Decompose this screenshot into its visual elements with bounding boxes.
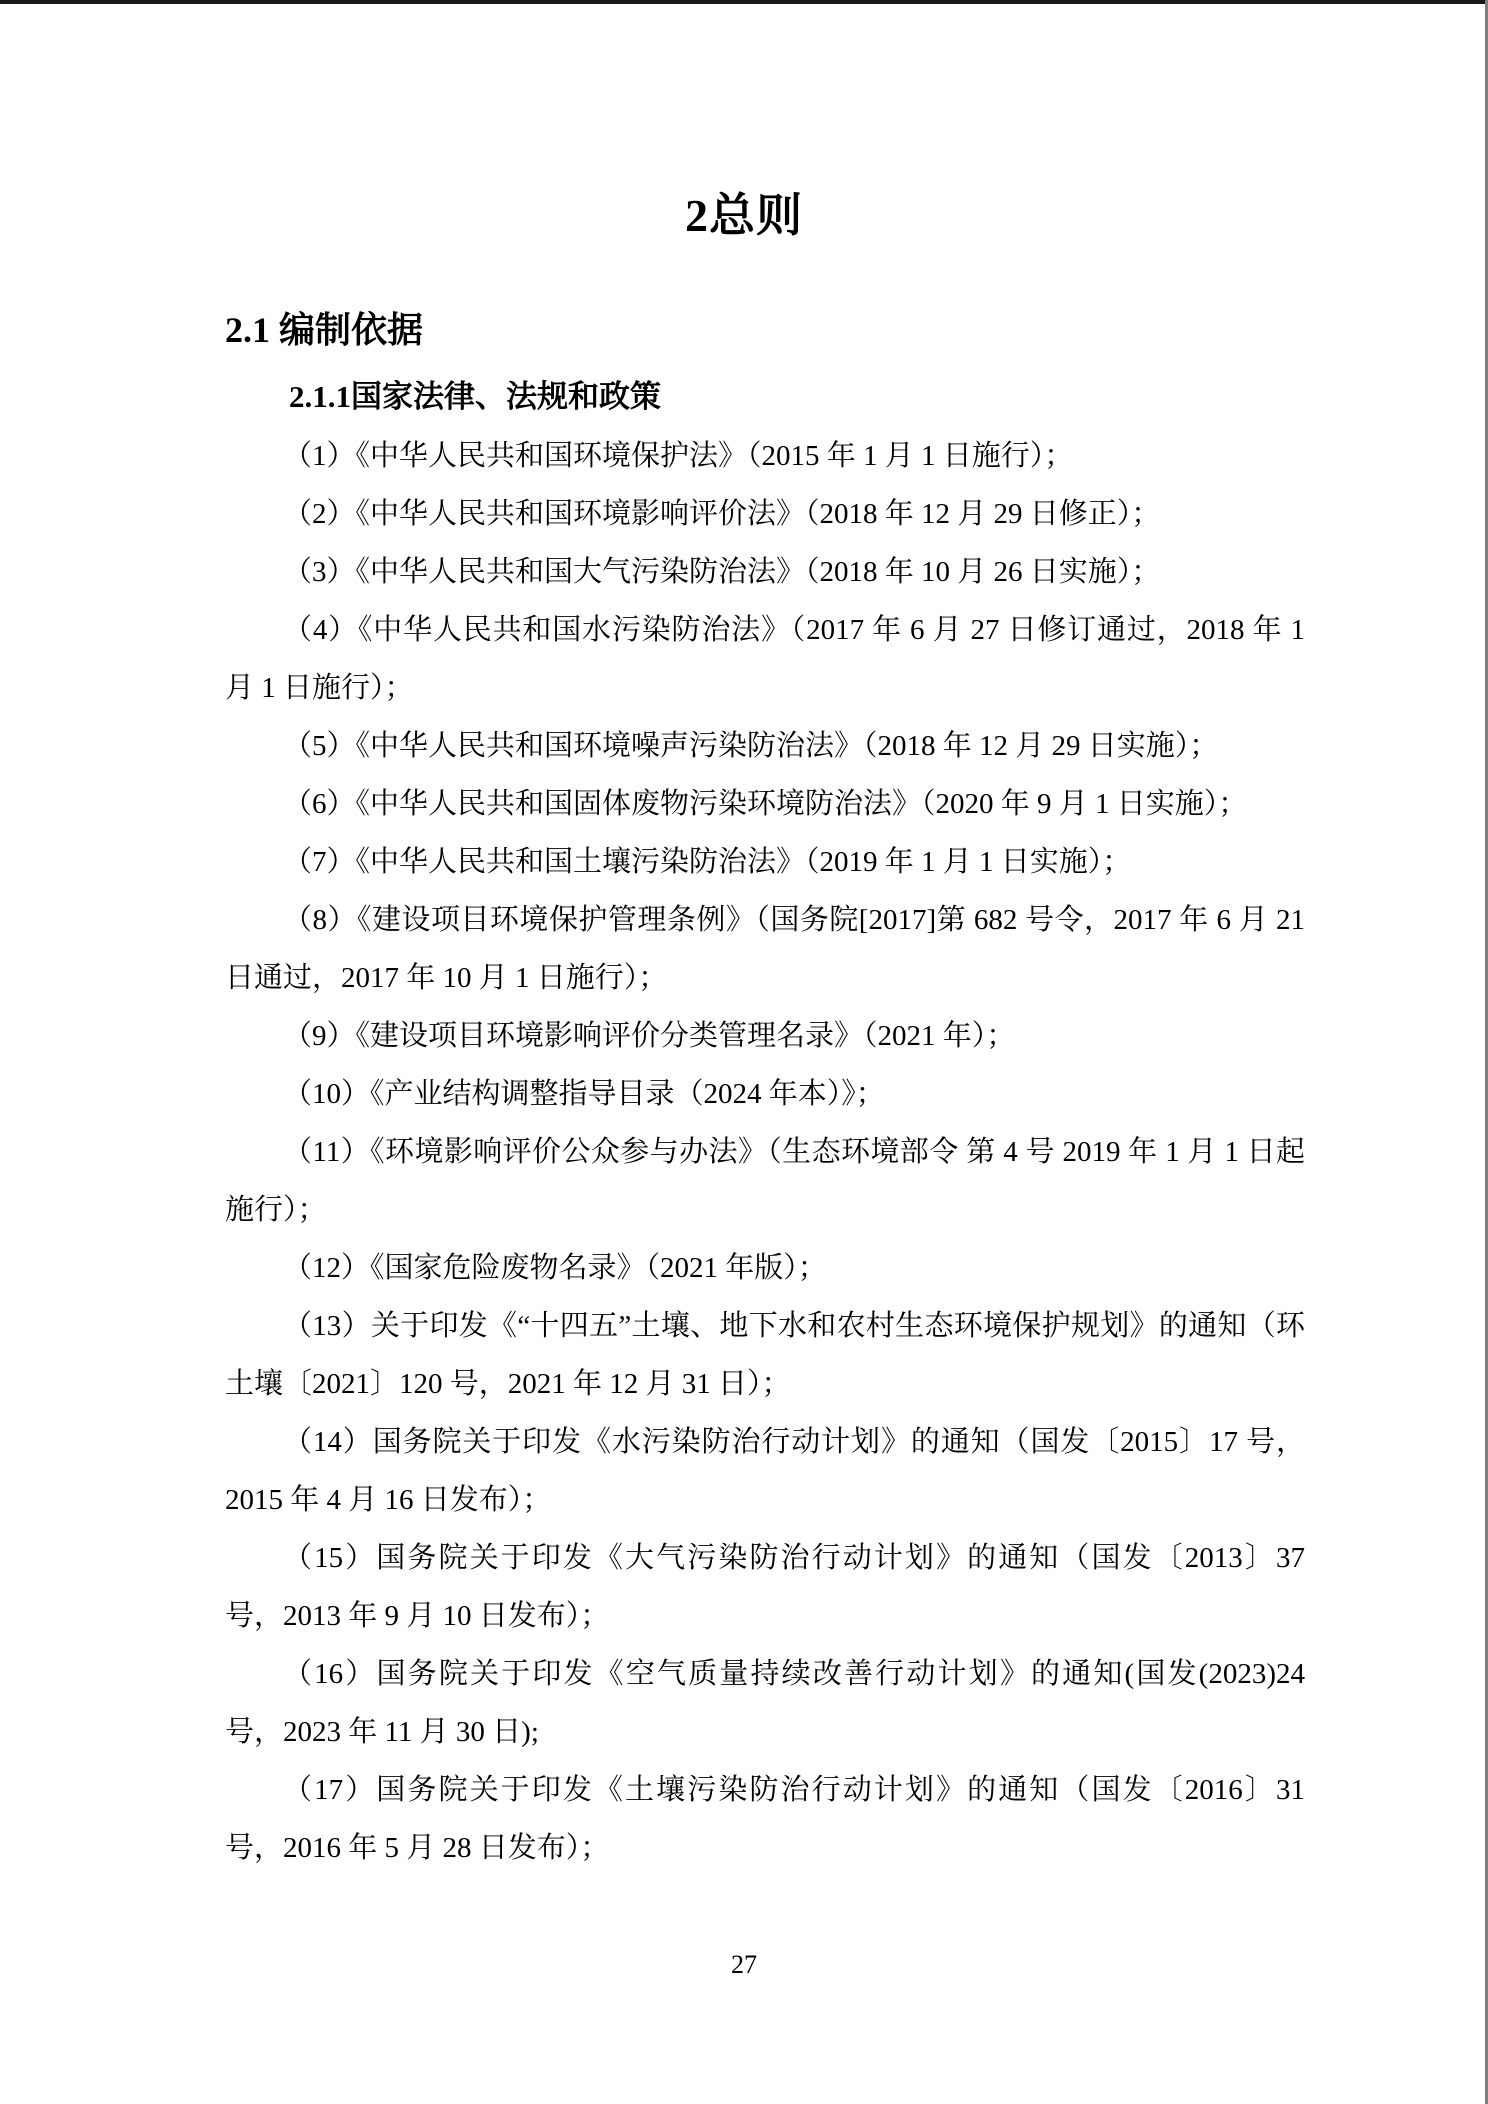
legal-reference-item: （2）《中华人民共和国环境影响评价法》（2018 年 12 月 29 日修正）；	[225, 485, 1305, 543]
legal-reference-item: （17）国务院关于印发《土壤污染防治行动计划》的通知（国发〔2016〕31 号，…	[225, 1761, 1305, 1877]
legal-reference-item: （5）《中华人民共和国环境噪声污染防治法》（2018 年 12 月 29 日实施…	[225, 717, 1305, 775]
document-title: 2总则	[0, 185, 1488, 247]
legal-reference-item: （4）《中华人民共和国水污染防治法》（2017 年 6 月 27 日修订通过，2…	[225, 601, 1305, 717]
legal-reference-item: （11）《环境影响评价公众参与办法》（生态环境部令 第 4 号 2019 年 1…	[225, 1123, 1305, 1239]
page-number: 27	[0, 1948, 1488, 1982]
legal-reference-item: （12）《国家危险废物名录》（2021 年版）；	[225, 1239, 1305, 1297]
legal-reference-item: （14）国务院关于印发《水污染防治行动计划》的通知（国发〔2015〕17 号，2…	[225, 1413, 1305, 1529]
legal-reference-item: （7）《中华人民共和国土壤污染防治法》（2019 年 1 月 1 日实施）；	[225, 833, 1305, 891]
page-edge-top	[0, 0, 1488, 4]
legal-reference-item: （1）《中华人民共和国环境保护法》（2015 年 1 月 1 日施行）；	[225, 427, 1305, 485]
legal-reference-item: （13）关于印发《“十四五”土壤、地下水和农村生态环境保护规划》的通知（环土壤〔…	[225, 1297, 1305, 1413]
legal-reference-item: （6）《中华人民共和国固体废物污染环境防治法》（2020 年 9 月 1 日实施…	[225, 775, 1305, 833]
legal-reference-item: （16）国务院关于印发《空气质量持续改善行动计划》的通知(国发(2023)24 …	[225, 1645, 1305, 1761]
document-page: 2总则 2.1 编制依据 2.1.1国家法律、法规和政策 （1）《中华人民共和国…	[0, 185, 1488, 1877]
legal-reference-list: （1）《中华人民共和国环境保护法》（2015 年 1 月 1 日施行）； （2）…	[225, 427, 1305, 1877]
legal-reference-item: （8）《建设项目环境保护管理条例》（国务院[2017]第 682 号令，2017…	[225, 891, 1305, 1007]
legal-reference-item: （10）《产业结构调整指导目录（2024 年本）》；	[225, 1065, 1305, 1123]
legal-reference-item: （3）《中华人民共和国大气污染防治法》（2018 年 10 月 26 日实施）；	[225, 543, 1305, 601]
section-heading: 2.1 编制依据	[225, 305, 1488, 355]
subsection-heading: 2.1.1国家法律、法规和政策	[289, 375, 1488, 419]
legal-reference-item: （9）《建设项目环境影响评价分类管理名录》（2021 年）；	[225, 1007, 1305, 1065]
legal-reference-item: （15）国务院关于印发《大气污染防治行动计划》的通知（国发〔2013〕37 号，…	[225, 1529, 1305, 1645]
